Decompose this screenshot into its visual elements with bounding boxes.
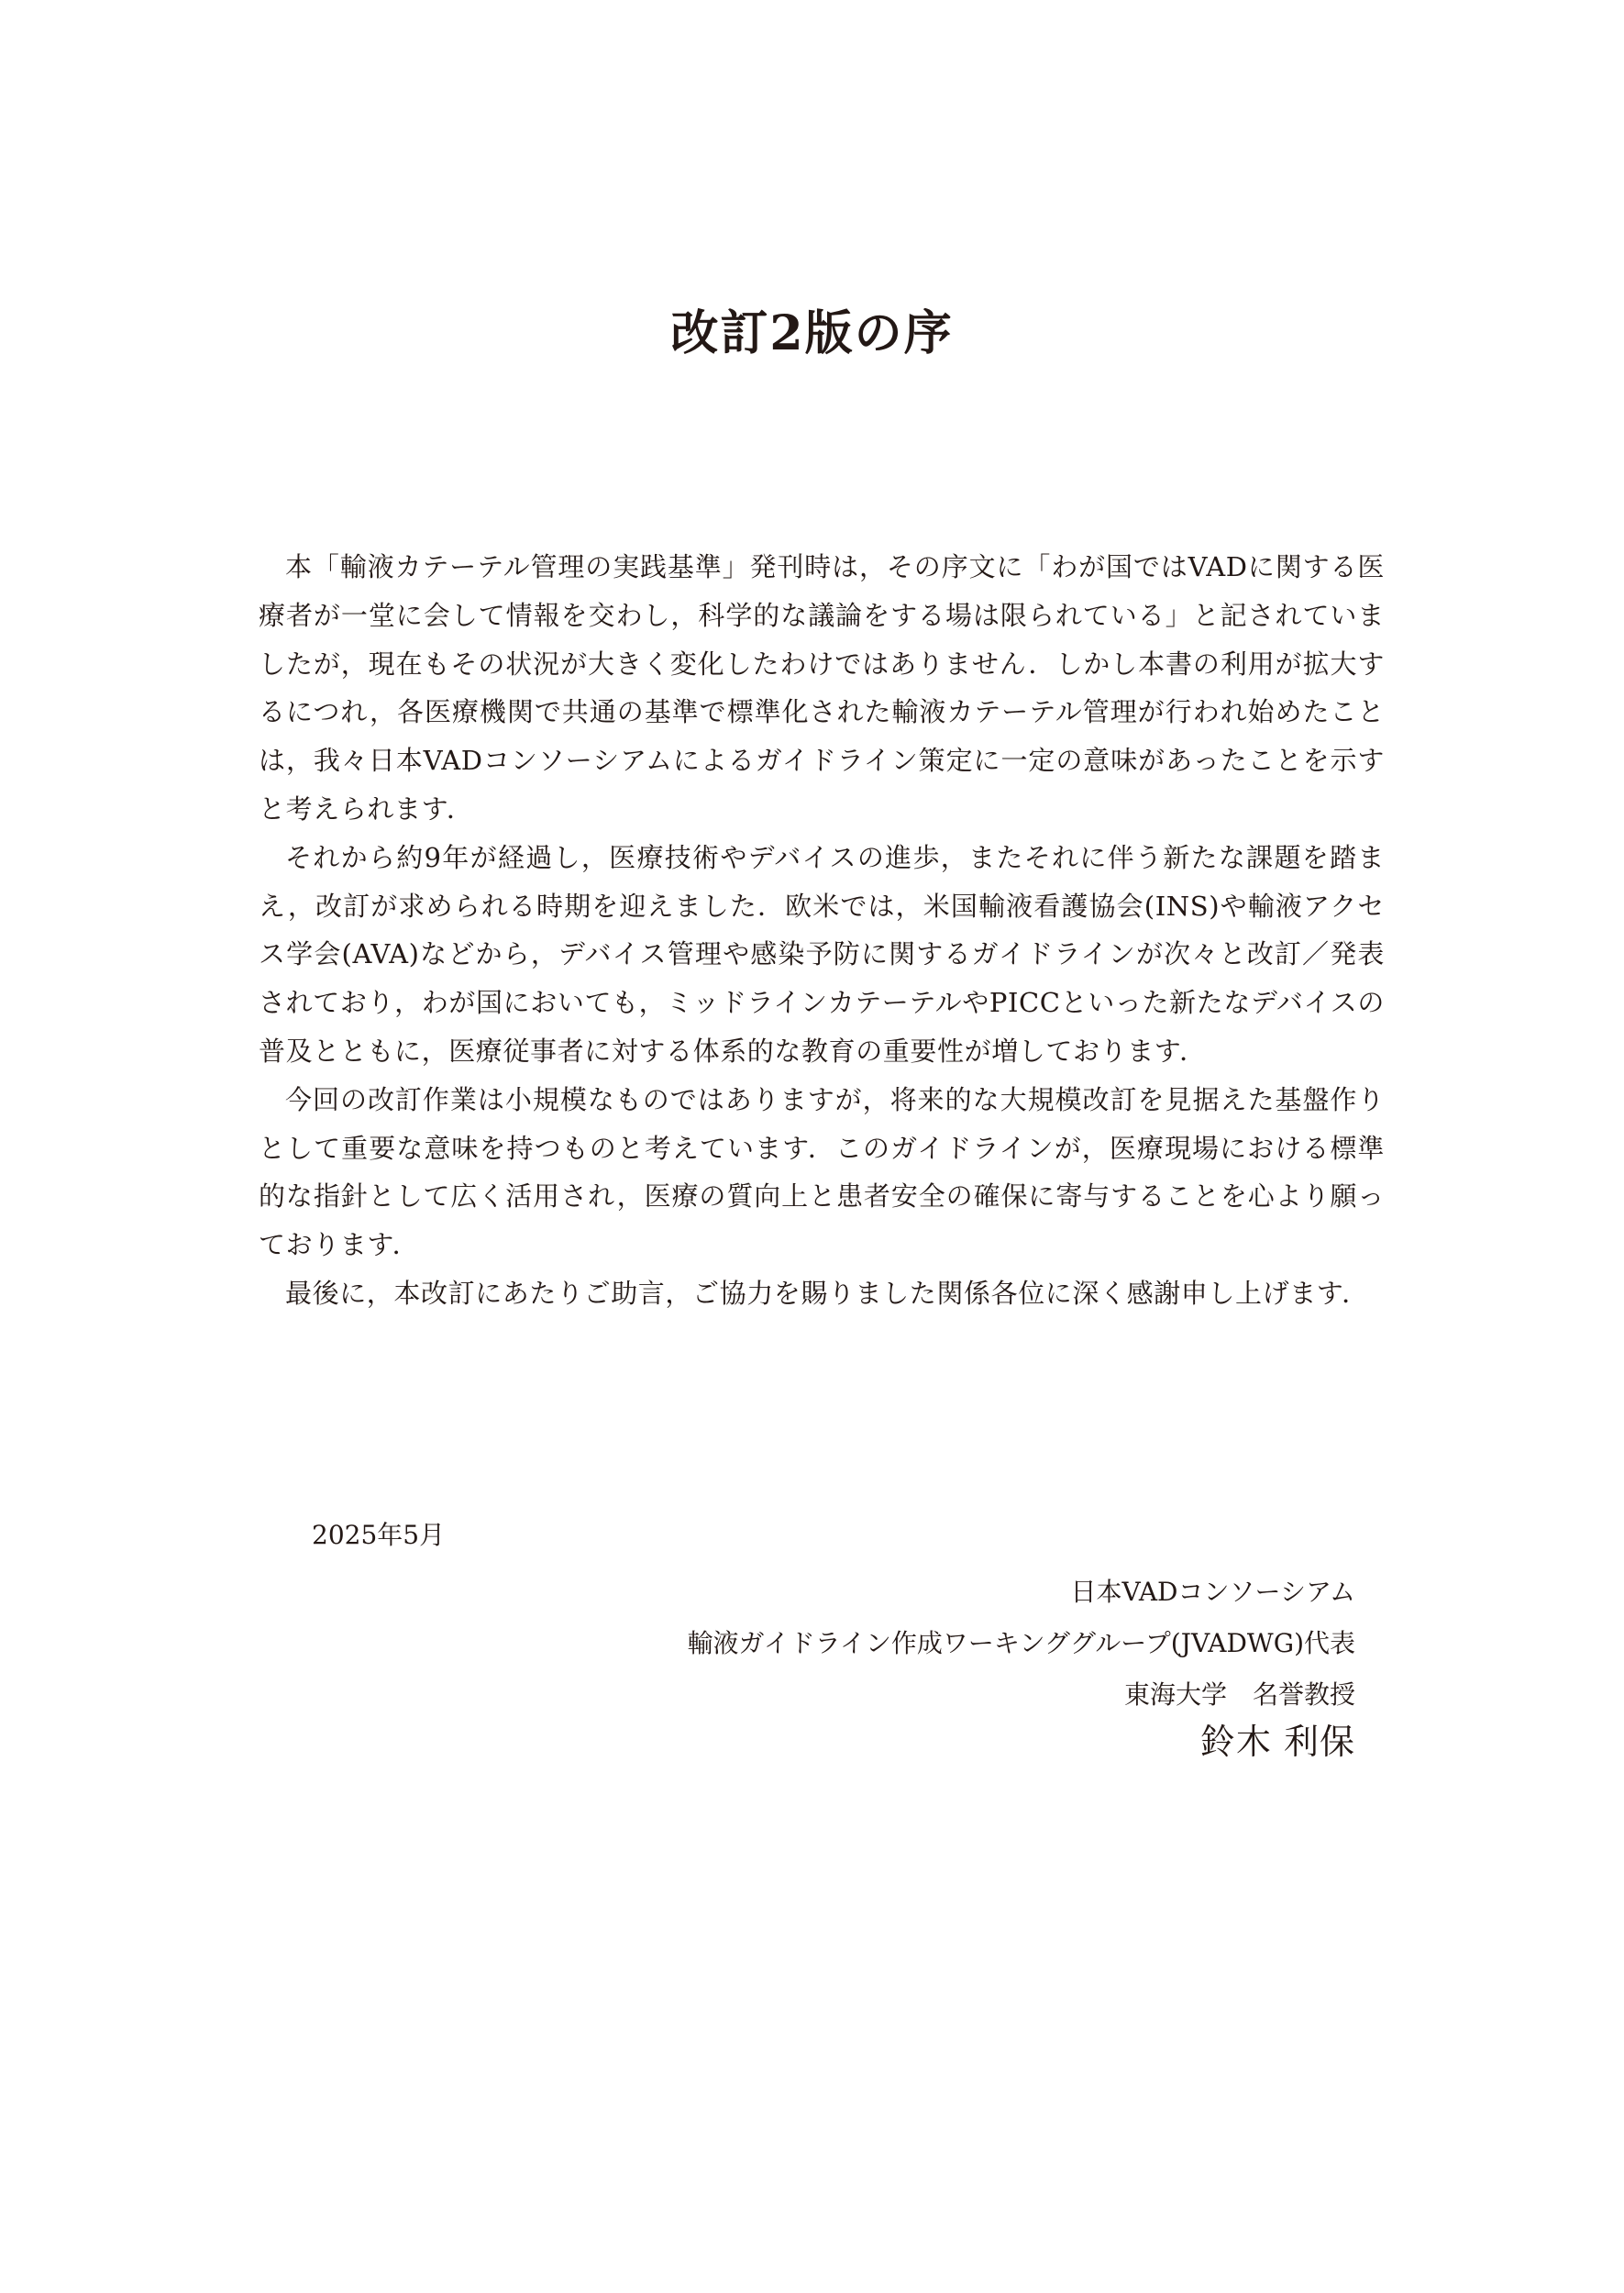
document-page: 改訂2版の序 本「輸液カテーテル管理の実践基準」発刊時は，その序文に「わが国では… — [0, 0, 1624, 2293]
paragraph-1: 本「輸液カテーテル管理の実践基準」発刊時は，その序文に「わが国ではVADに関する… — [259, 543, 1385, 834]
signature-name: 鈴木 利保 — [688, 1719, 1355, 1765]
paragraph-3: 今回の改訂作業は小規模なものではありますが，将来的な大規模改訂を見据えた基盤作り… — [259, 1076, 1385, 1269]
signature-working-group: 輸液ガイドライン作成ワーキンググループ(JVADWG)代表 — [688, 1618, 1355, 1669]
signature-affiliation: 東海大学 名誉教授 — [688, 1669, 1355, 1721]
signature-block: 日本VADコンソーシアム 輸液ガイドライン作成ワーキンググループ(JVADWG)… — [688, 1567, 1355, 1765]
date-line: 2025年5月 — [312, 1515, 445, 1556]
paragraph-4: 最後に，本改訂にあたりご助言，ご協力を賜りました関係各位に深く感謝申し上げます． — [259, 1269, 1385, 1318]
preface-body: 本「輸液カテーテル管理の実践基準」発刊時は，その序文に「わが国ではVADに関する… — [259, 543, 1385, 1318]
page-title: 改訂2版の序 — [0, 305, 1624, 363]
paragraph-2: それから約9年が経過し，医療技術やデバイスの進歩，またそれに伴う新たな課題を踏ま… — [259, 834, 1385, 1076]
signature-organization: 日本VADコンソーシアム — [688, 1567, 1355, 1618]
